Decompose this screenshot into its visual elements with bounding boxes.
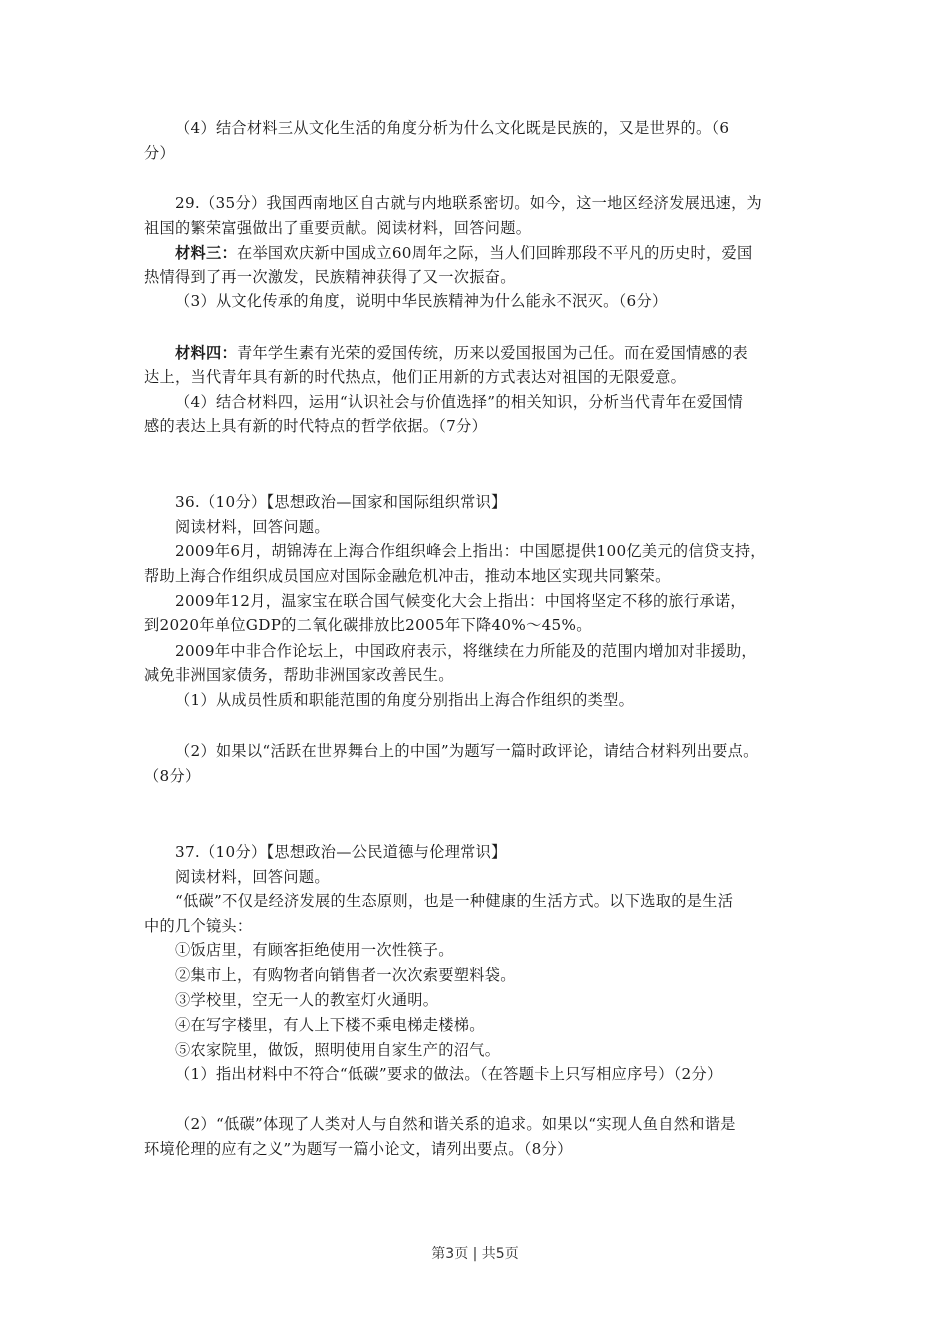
question-37-2: （2）“低碳”体现了人类对人与自然和谐关系的追求。如果以“实现人鱼自然和谐是 bbox=[175, 1114, 825, 1134]
material-3-label: 材料三： bbox=[175, 244, 237, 262]
question-37-para-1-cont: 中的几个镜头： bbox=[144, 916, 824, 936]
list-item: ②集市上，有购物者向销售者一次次索要塑料袋。 bbox=[175, 965, 825, 985]
question-37-2-cont: 环境伦理的应有之义”为题写一篇小论文，请列出要点。（8分） bbox=[144, 1139, 824, 1159]
material-4: 材料四：青年学生素有光荣的爱国传统，历来以爱国报国为己任。而在爱国情感的表 bbox=[175, 343, 825, 363]
page-number-footer: 第3页 | 共5页 bbox=[0, 1243, 950, 1263]
question-36-para-1: 2009年6月，胡锦涛在上海合作组织峰会上指出：中国愿提供100亿美元的信贷支持… bbox=[175, 541, 825, 561]
question-36-para-3-cont: 减免非洲国家债务，帮助非洲国家改善民生。 bbox=[144, 665, 824, 685]
material-4-label: 材料四： bbox=[175, 344, 237, 362]
question-36-2-cont: （8分） bbox=[144, 766, 824, 786]
question-37-para-1: “低碳”不仅是经济发展的生态原则，也是一种健康的生活方式。以下选取的是生活 bbox=[175, 891, 825, 911]
list-item: ⑤农家院里，做饭，照明使用自家生产的沼气。 bbox=[175, 1040, 825, 1060]
material-3: 材料三：在举国欢庆新中国成立60周年之际，当人们回眸那段不平凡的历史时，爱国 bbox=[175, 243, 825, 263]
question-29-4-cont: 感的表达上具有新的时代特点的哲学依据。（7分） bbox=[144, 416, 824, 436]
question-36-2: （2）如果以“活跃在世界舞台上的中国”为题写一篇时政评论，请结合材料列出要点。 bbox=[175, 741, 825, 761]
question-36-title: 36.（10分）【思想政治—国家和国际组织常识】 bbox=[175, 492, 825, 512]
question-29-intro-cont: 祖国的繁荣富强做出了重要贡献。阅读材料，回答问题。 bbox=[144, 218, 824, 238]
question-36-1: （1）从成员性质和职能范围的角度分别指出上海合作组织的类型。 bbox=[175, 690, 825, 710]
question-36-para-3: 2009年中非合作论坛上，中国政府表示，将继续在力所能及的范围内增加对非援助， bbox=[175, 641, 825, 661]
list-item: ④在写字楼里，有人上下楼不乘电梯走楼梯。 bbox=[175, 1015, 825, 1035]
question-37-1: （1）指出材料中不符合“低碳”要求的做法。（在答题卡上只写相应序号）（2分） bbox=[175, 1064, 825, 1084]
question-36-para-1-cont: 帮助上海合作组织成员国应对国际金融危机冲击，推动本地区实现共同繁荣。 bbox=[144, 566, 824, 586]
question-37-title: 37.（10分）【思想政治—公民道德与伦理常识】 bbox=[175, 842, 825, 862]
question-28-4: （4）结合材料三从文化生活的角度分析为什么文化既是民族的，又是世界的。（6 bbox=[175, 118, 825, 138]
list-item: ①饭店里，有顾客拒绝使用一次性筷子。 bbox=[175, 940, 825, 960]
list-item: ③学校里，空无一人的教室灯火通明。 bbox=[175, 990, 825, 1010]
question-29-4: （4）结合材料四，运用“认识社会与价值选择”的相关知识，分析当代青年在爱国情 bbox=[175, 392, 825, 412]
question-36-para-2: 2009年12月，温家宝在联合国气候变化大会上指出：中国将坚定不移的旅行承诺， bbox=[175, 591, 825, 611]
question-36-para-2-cont: 到2020年单位GDP的二氧化碳排放比2005年下降40%～45%。 bbox=[144, 615, 824, 635]
question-28-4-cont: 分） bbox=[144, 143, 824, 163]
question-29-intro: 29.（35分）我国西南地区自古就与内地联系密切。如今，这一地区经济发展迅速，为 bbox=[175, 193, 825, 213]
question-36-instruction: 阅读材料，回答问题。 bbox=[175, 517, 825, 537]
material-3-cont: 热情得到了再一次激发，民族精神获得了又一次振奋。 bbox=[144, 267, 824, 287]
material-4-cont: 达上，当代青年具有新的时代热点，他们正用新的方式表达对祖国的无限爱意。 bbox=[144, 367, 824, 387]
question-37-instruction: 阅读材料，回答问题。 bbox=[175, 867, 825, 887]
question-29-3: （3）从文化传承的角度，说明中华民族精神为什么能永不泯灭。（6分） bbox=[175, 291, 825, 311]
